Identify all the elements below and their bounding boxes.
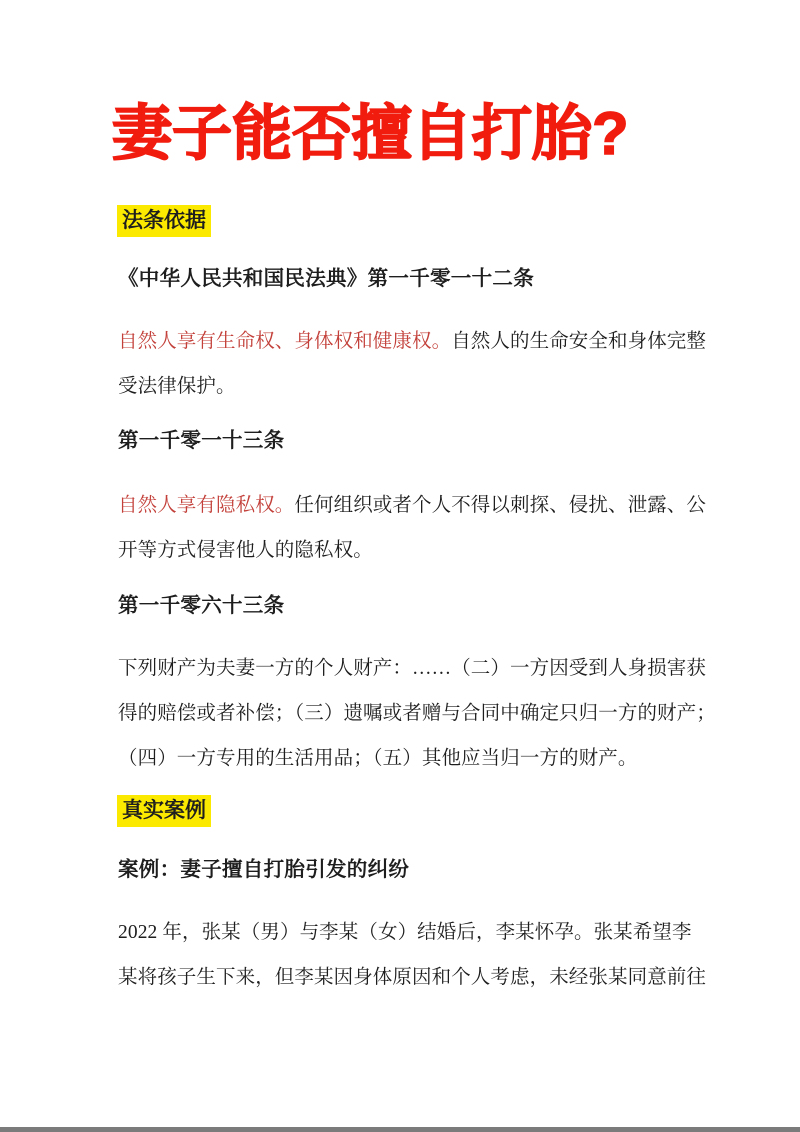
text-line: 开等方式侵害他人的隐私权。 [118,528,706,573]
paragraph-article-1063: 下列财产为夫妻一方的个人财产：……（二）一方因受到人身损害获 得的赔偿或者补偿；… [118,646,716,781]
heading-article-1013: 第一千零一十三条 [118,429,284,455]
red-emphasis-text: 自然人享有隐私权。 [118,495,294,516]
body-text: 自然人的生命安全和身体完整 [451,331,706,352]
heading-article-1012: 《中华人民共和国民法典》第一千零一十二条 [118,267,534,293]
text-line: 自然人享有生命权、身体权和健康权。自然人的生命安全和身体完整 [118,319,706,364]
text-line: 下列财产为夫妻一方的个人财产：……（二）一方因受到人身损害获 [118,646,716,691]
text-line: 2022 年，张某（男）与李某（女）结婚后，李某怀孕。张某希望李 [118,910,706,955]
body-text: 任何组织或者个人不得以刺探、侵扰、泄露、公 [294,495,706,516]
text-line: （四）一方专用的生活用品；（五）其他应当归一方的财产。 [118,736,716,781]
text-line: 受法律保护。 [118,364,706,409]
section-label-legal-basis: 法条依据 [117,205,211,237]
paragraph-article-1012: 自然人享有生命权、身体权和健康权。自然人的生命安全和身体完整 受法律保护。 [118,319,706,409]
text-line: 自然人享有隐私权。任何组织或者个人不得以刺探、侵扰、泄露、公 [118,483,706,528]
heading-case: 案例：妻子擅自打胎引发的纠纷 [118,858,409,884]
section-label-real-case: 真实案例 [117,795,211,827]
red-emphasis-text: 自然人享有生命权、身体权和健康权。 [118,331,451,352]
heading-article-1063: 第一千零六十三条 [118,594,284,620]
article-page: 妻子能否擅自打胎? 法条依据 《中华人民共和国民法典》第一千零一十二条 自然人享… [0,0,800,1132]
page-title: 妻子能否擅自打胎? [112,102,629,165]
text-line: 得的赔偿或者补偿；（三）遗嘱或者赠与合同中确定只归一方的财产； [118,691,716,736]
paragraph-article-1013: 自然人享有隐私权。任何组织或者个人不得以刺探、侵扰、泄露、公 开等方式侵害他人的… [118,483,706,573]
paragraph-case: 2022 年，张某（男）与李某（女）结婚后，李某怀孕。张某希望李 某将孩子生下来… [118,910,706,1000]
text-line: 某将孩子生下来，但李某因身体原因和个人考虑，未经张某同意前往 [118,955,706,1000]
page-bottom-edge [0,1127,800,1132]
